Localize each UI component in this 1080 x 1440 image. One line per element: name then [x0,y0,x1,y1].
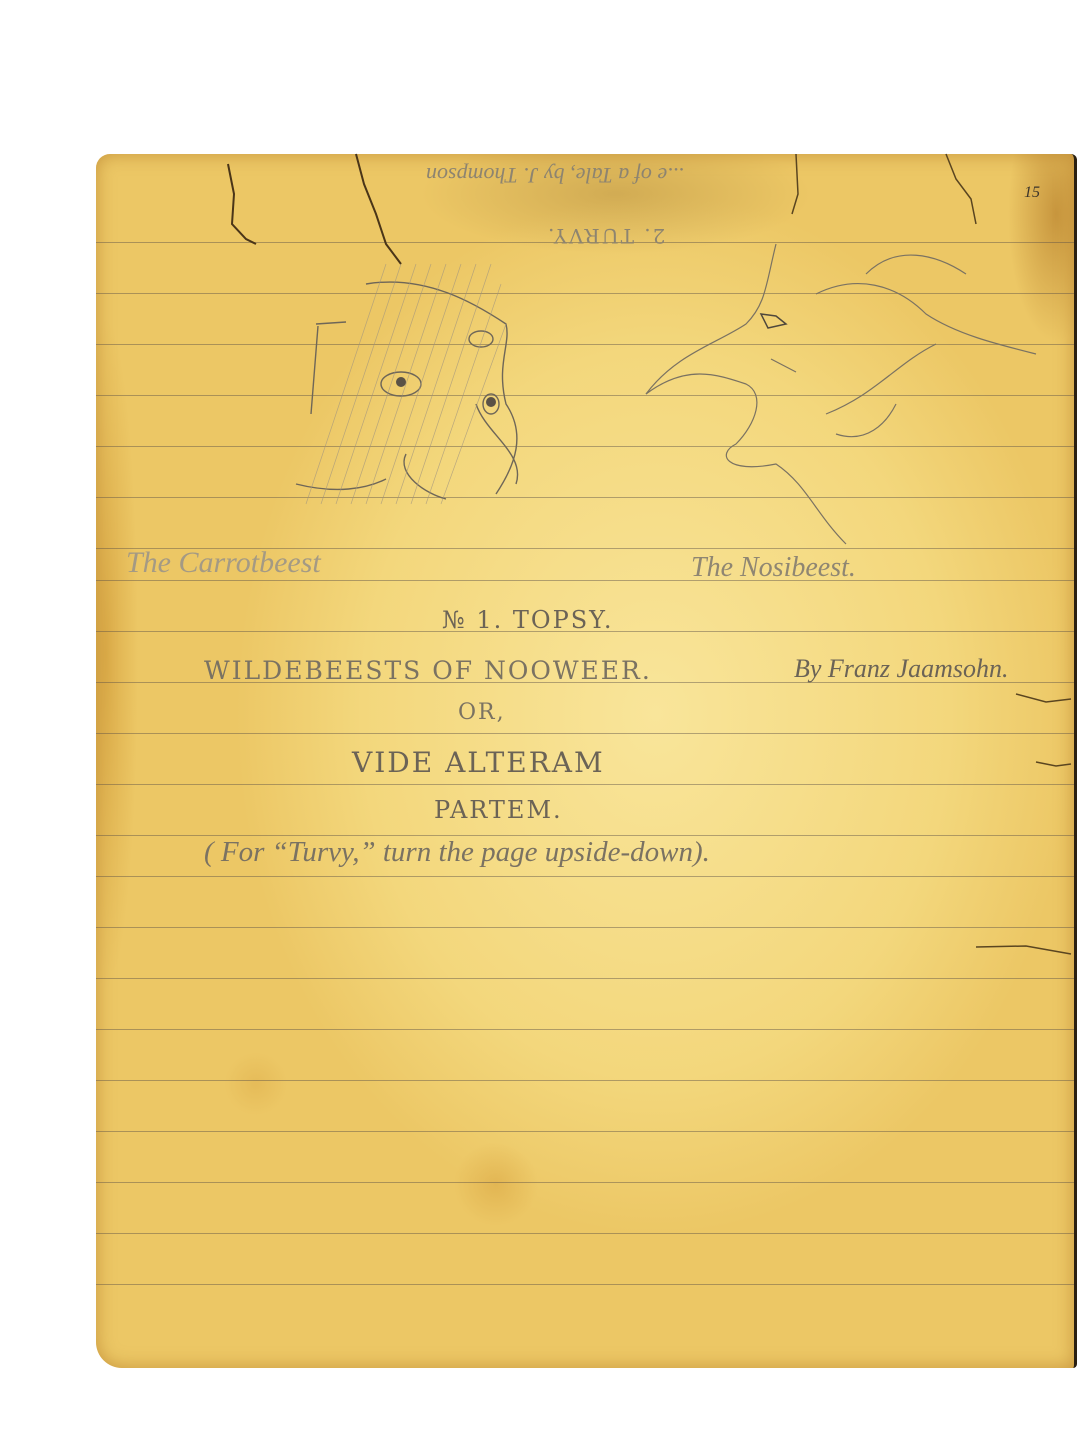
byline: By Franz Jaamsohn. [794,654,1008,684]
title-number: № 1. [442,606,503,634]
latin-line-1: VIDE ALTERAM [352,746,605,779]
or-connector: OR, [458,700,506,725]
latin-line-2: PARTEM. [434,796,563,824]
manuscript-page: 15 ...e of a Tale, by J. Thompson 2. TUR… [96,154,1077,1368]
carrotbeest-sketch [276,264,536,514]
title-name: TOPSY. [513,606,614,634]
upside-down-header-line1: ...e of a Tale, by J. Thompson [426,162,684,188]
nosibeest-sketch [636,244,1076,544]
page-number: 15 [1024,184,1040,202]
carrotbeest-caption: The Carrotbeest [126,546,321,580]
upside-down-note: ( For “Turvy,” turn the page upside-down… [204,836,710,869]
subtitle: WILDEBEESTS OF NOOWEER. [204,656,652,685]
title-line: № 1. TOPSY. [442,606,614,634]
nosibeest-caption: The Nosibeest. [691,552,856,584]
